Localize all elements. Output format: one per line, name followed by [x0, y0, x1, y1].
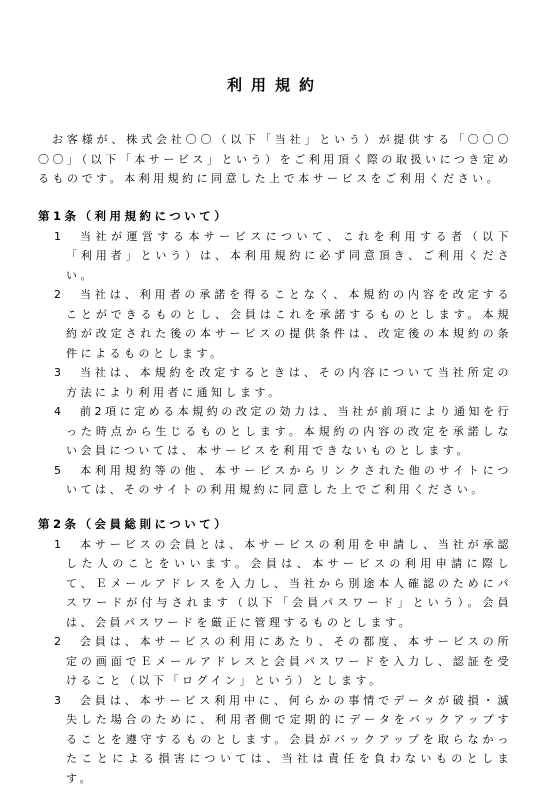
item-number: 4: [54, 402, 61, 422]
item-number: 3: [54, 363, 61, 383]
clause-item: 1 当社が運営する本サービスについて、これを利用する者（以下「利用者」という）は…: [38, 227, 512, 286]
item-text: 当社が運営する本サービスについて、これを利用する者（以下「利用者」という）は、本…: [66, 230, 512, 282]
item-text: 本利用規約等の他、本サービスからリンクされた他のサイトについては、そのサイトの利…: [66, 464, 512, 497]
item-text: 前2項に定める本規約の改定の効力は、当社が前項により通知を行った時点から生じるも…: [66, 405, 512, 457]
terms-document-page: 利用規約 お客様が、株式会社〇〇（以下「当社」という）が提供する「〇〇〇〇〇」（…: [0, 0, 549, 809]
item-number: 2: [54, 285, 61, 305]
item-text: 本サービスの会員とは、本サービスの利用を申請し、当社が承認した人のことをいいます…: [66, 538, 512, 629]
clause-2-items: 1 本サービスの会員とは、本サービスの利用を申請し、当社が承認した人のことをいい…: [38, 535, 512, 789]
item-number: 1: [54, 535, 61, 555]
item-text: 会員は、本サービスの利用にあたり、その都度、本サービスの所定の画面でＥメールアド…: [66, 635, 512, 687]
item-number: 2: [54, 632, 61, 652]
clause-1-items: 1 当社が運営する本サービスについて、これを利用する者（以下「利用者」という）は…: [38, 227, 512, 500]
clause-item: 2 会員は、本サービスの利用にあたり、その都度、本サービスの所定の画面でＥメール…: [38, 632, 512, 691]
clause-section-1: 第1条（利用規約について） 1 当社が運営する本サービスについて、これを利用する…: [38, 206, 512, 500]
clause-item: 3 会員は、本サービス利用中に、何らかの事情でデータが破損・滅失した場合のために…: [38, 691, 512, 789]
clause-item: 1 本サービスの会員とは、本サービスの利用を申請し、当社が承認した人のことをいい…: [38, 535, 512, 633]
clause-section-2: 第2条（会員総則について） 1 本サービスの会員とは、本サービスの利用を申請し、…: [38, 514, 512, 789]
item-text: 当社は、本規約を改定するときは、その内容について当社所定の方法により利用者に通知…: [66, 366, 512, 399]
clause-item: 2 当社は、利用者の承諾を得ることなく、本規約の内容を改定することができるものと…: [38, 285, 512, 363]
item-number: 3: [54, 691, 61, 711]
document-title: 利用規約: [38, 76, 512, 94]
clause-2-heading: 第2条（会員総則について）: [38, 514, 512, 534]
item-number: 5: [54, 461, 61, 481]
intro-paragraph: お客様が、株式会社〇〇（以下「当社」という）が提供する「〇〇〇〇〇」（以下「本サ…: [38, 130, 512, 189]
item-number: 1: [54, 227, 61, 247]
item-text: 当社は、利用者の承諾を得ることなく、本規約の内容を改定することができるものとし、…: [66, 288, 512, 360]
item-text: 会員は、本サービス利用中に、何らかの事情でデータが破損・滅失した場合のために、利…: [66, 694, 512, 785]
clause-item: 3 当社は、本規約を改定するときは、その内容について当社所定の方法により利用者に…: [38, 363, 512, 402]
clause-item: 4 前2項に定める本規約の改定の効力は、当社が前項により通知を行った時点から生じ…: [38, 402, 512, 461]
clause-item: 5 本利用規約等の他、本サービスからリンクされた他のサイトについては、そのサイト…: [38, 461, 512, 500]
clause-1-heading: 第1条（利用規約について）: [38, 206, 512, 226]
